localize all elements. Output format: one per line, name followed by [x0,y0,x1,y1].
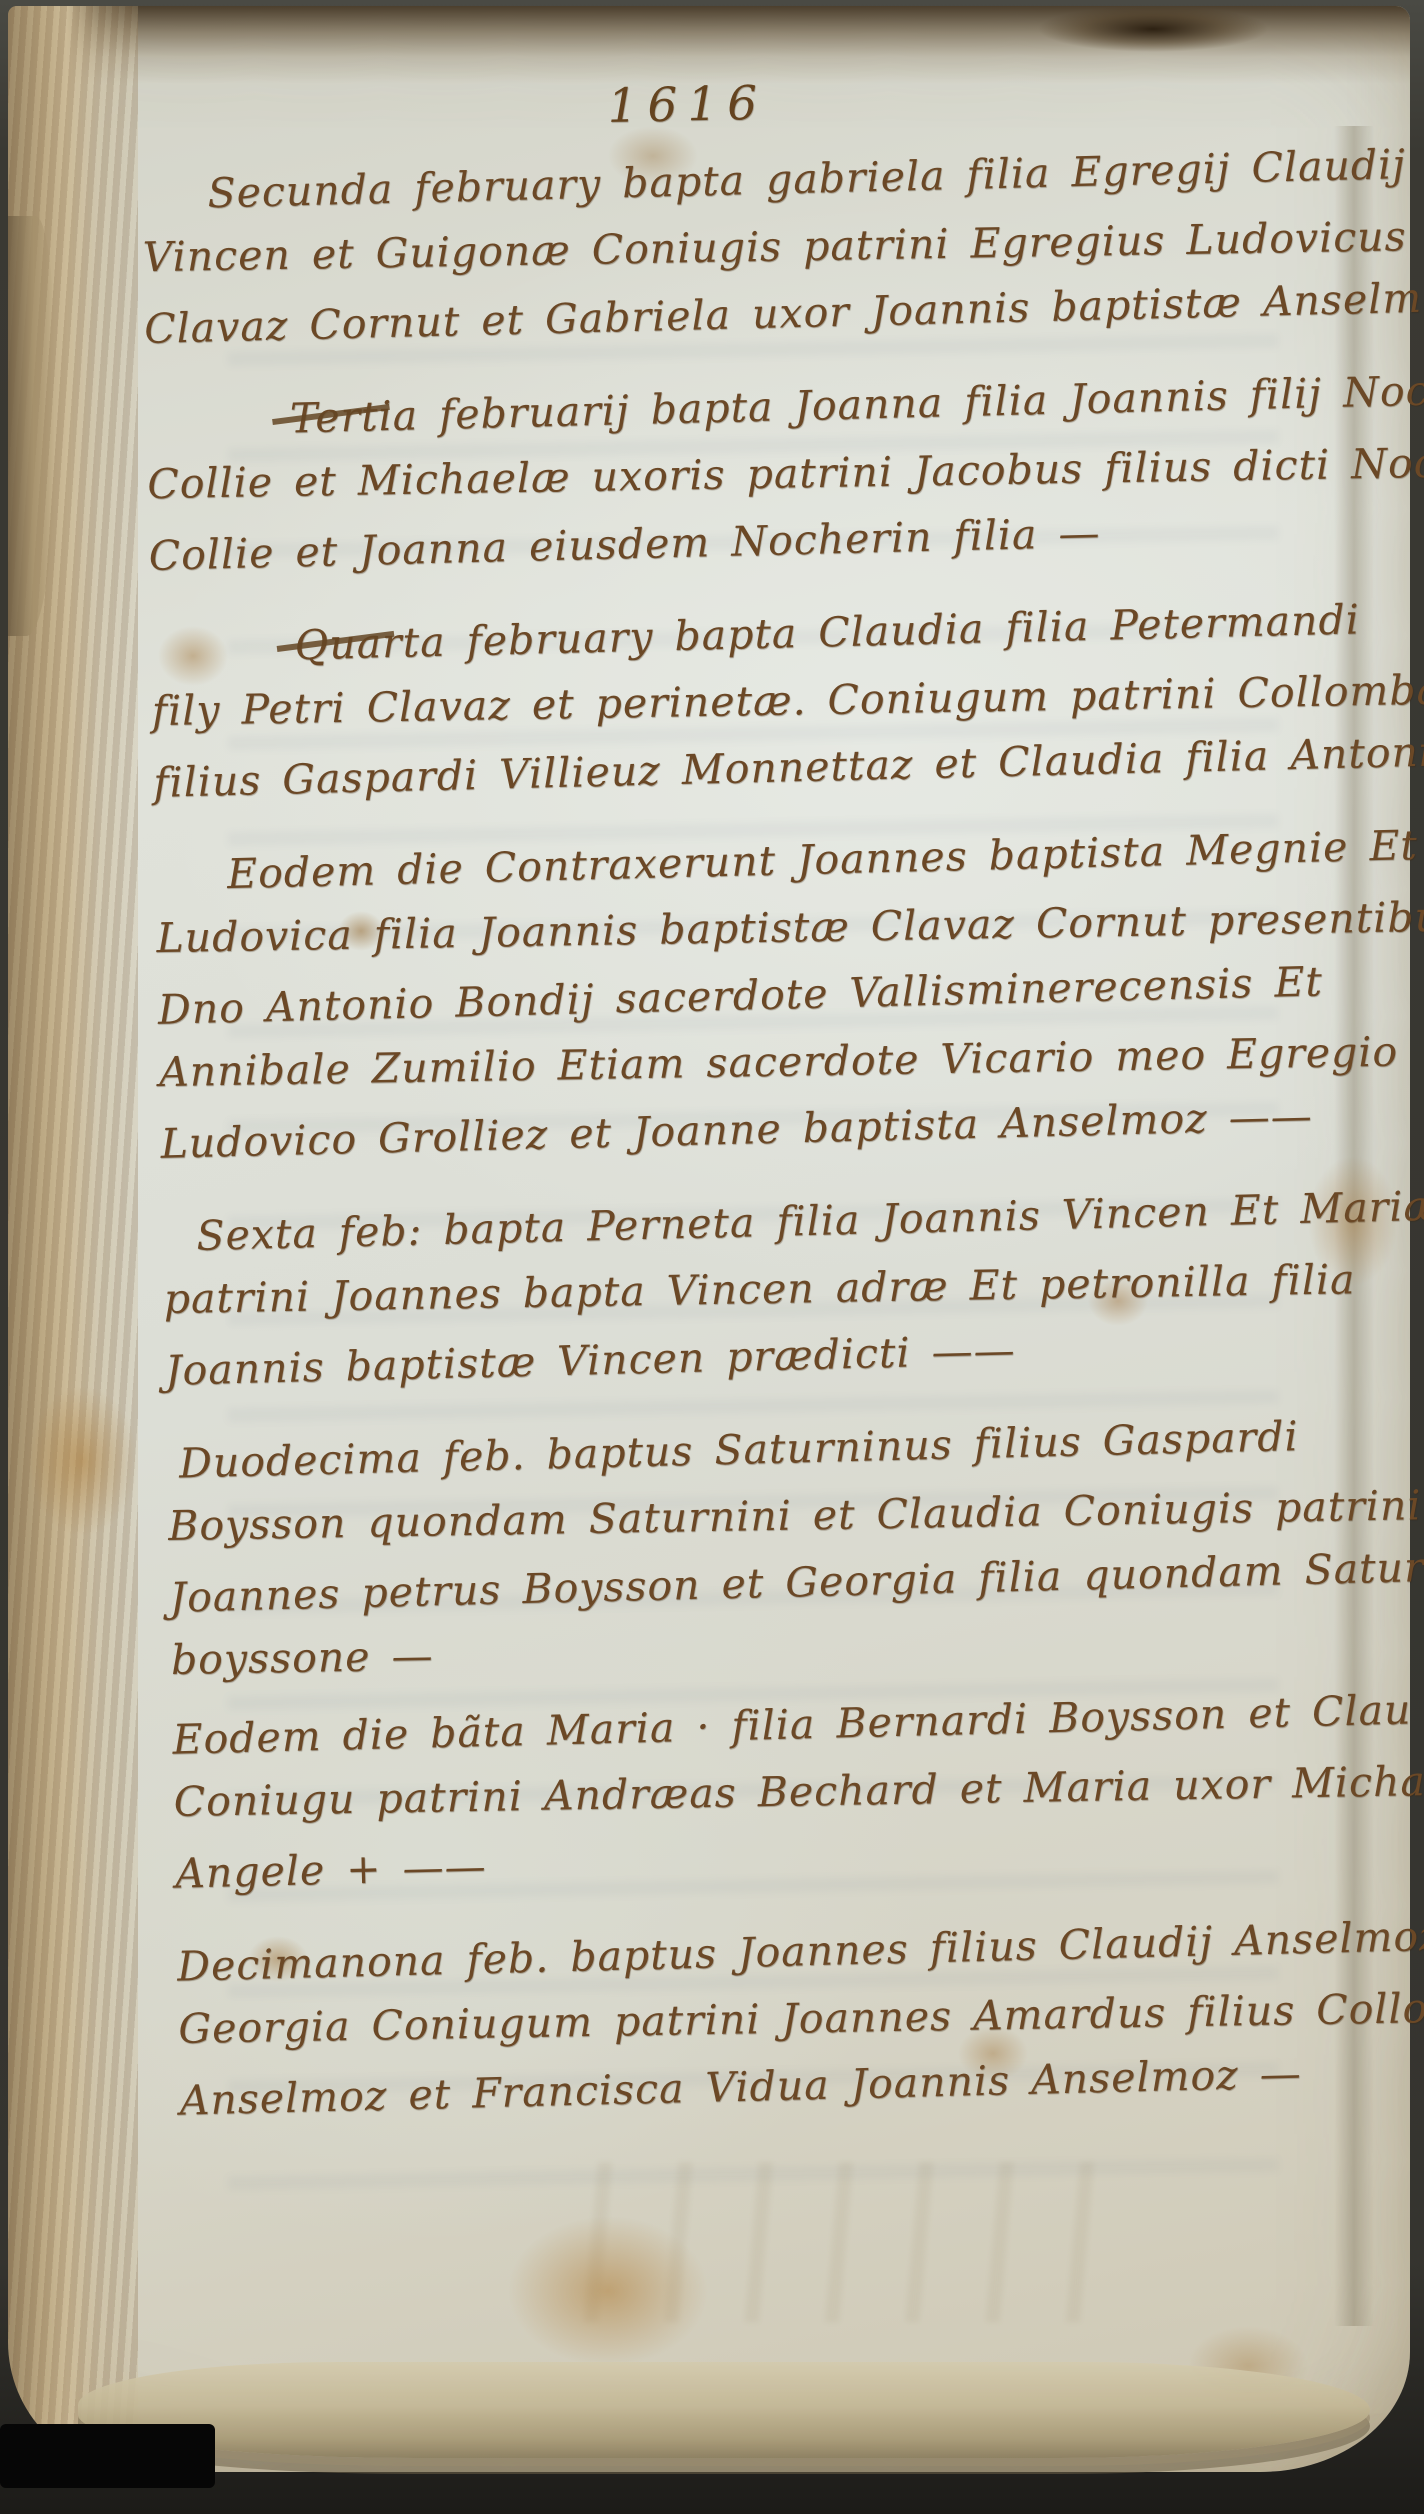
page-stack-edges [78,2362,1370,2458]
top-right-blotch [1038,6,1268,52]
entries: Secunda february bapta gabriela filia Eg… [141,135,1395,2132]
register-entry: Tertia februarij bapta Joanna filia Joan… [145,362,1364,587]
manuscript-page: 1616 Secunda february bapta gabriela fil… [8,6,1410,2472]
register-entry: Duodecima feb. baptus Saturninus filius … [166,1404,1386,1696]
binding-tear [8,216,54,636]
background-shadow [0,2424,215,2488]
register-entry: Sexta feb: bapta Perneta filia Joannis V… [162,1177,1381,1402]
register-entry: Quarta february bapta Claudia filia Pete… [150,589,1369,814]
register-entry: Eodem die Contraxerunt Joannes baptista … [155,816,1376,1175]
register-entry: Decimanona feb. baptus Joannes filius Cl… [176,1907,1395,2132]
register-entry: Secunda february bapta gabriela filia Eg… [141,135,1360,360]
handwritten-text-block: 1616 Secunda february bapta gabriela fil… [139,58,1395,2158]
register-entry: Eodem die bãta Maria · filia Bernardi Bo… [172,1680,1391,1905]
ghost-writing [568,2162,1128,2322]
